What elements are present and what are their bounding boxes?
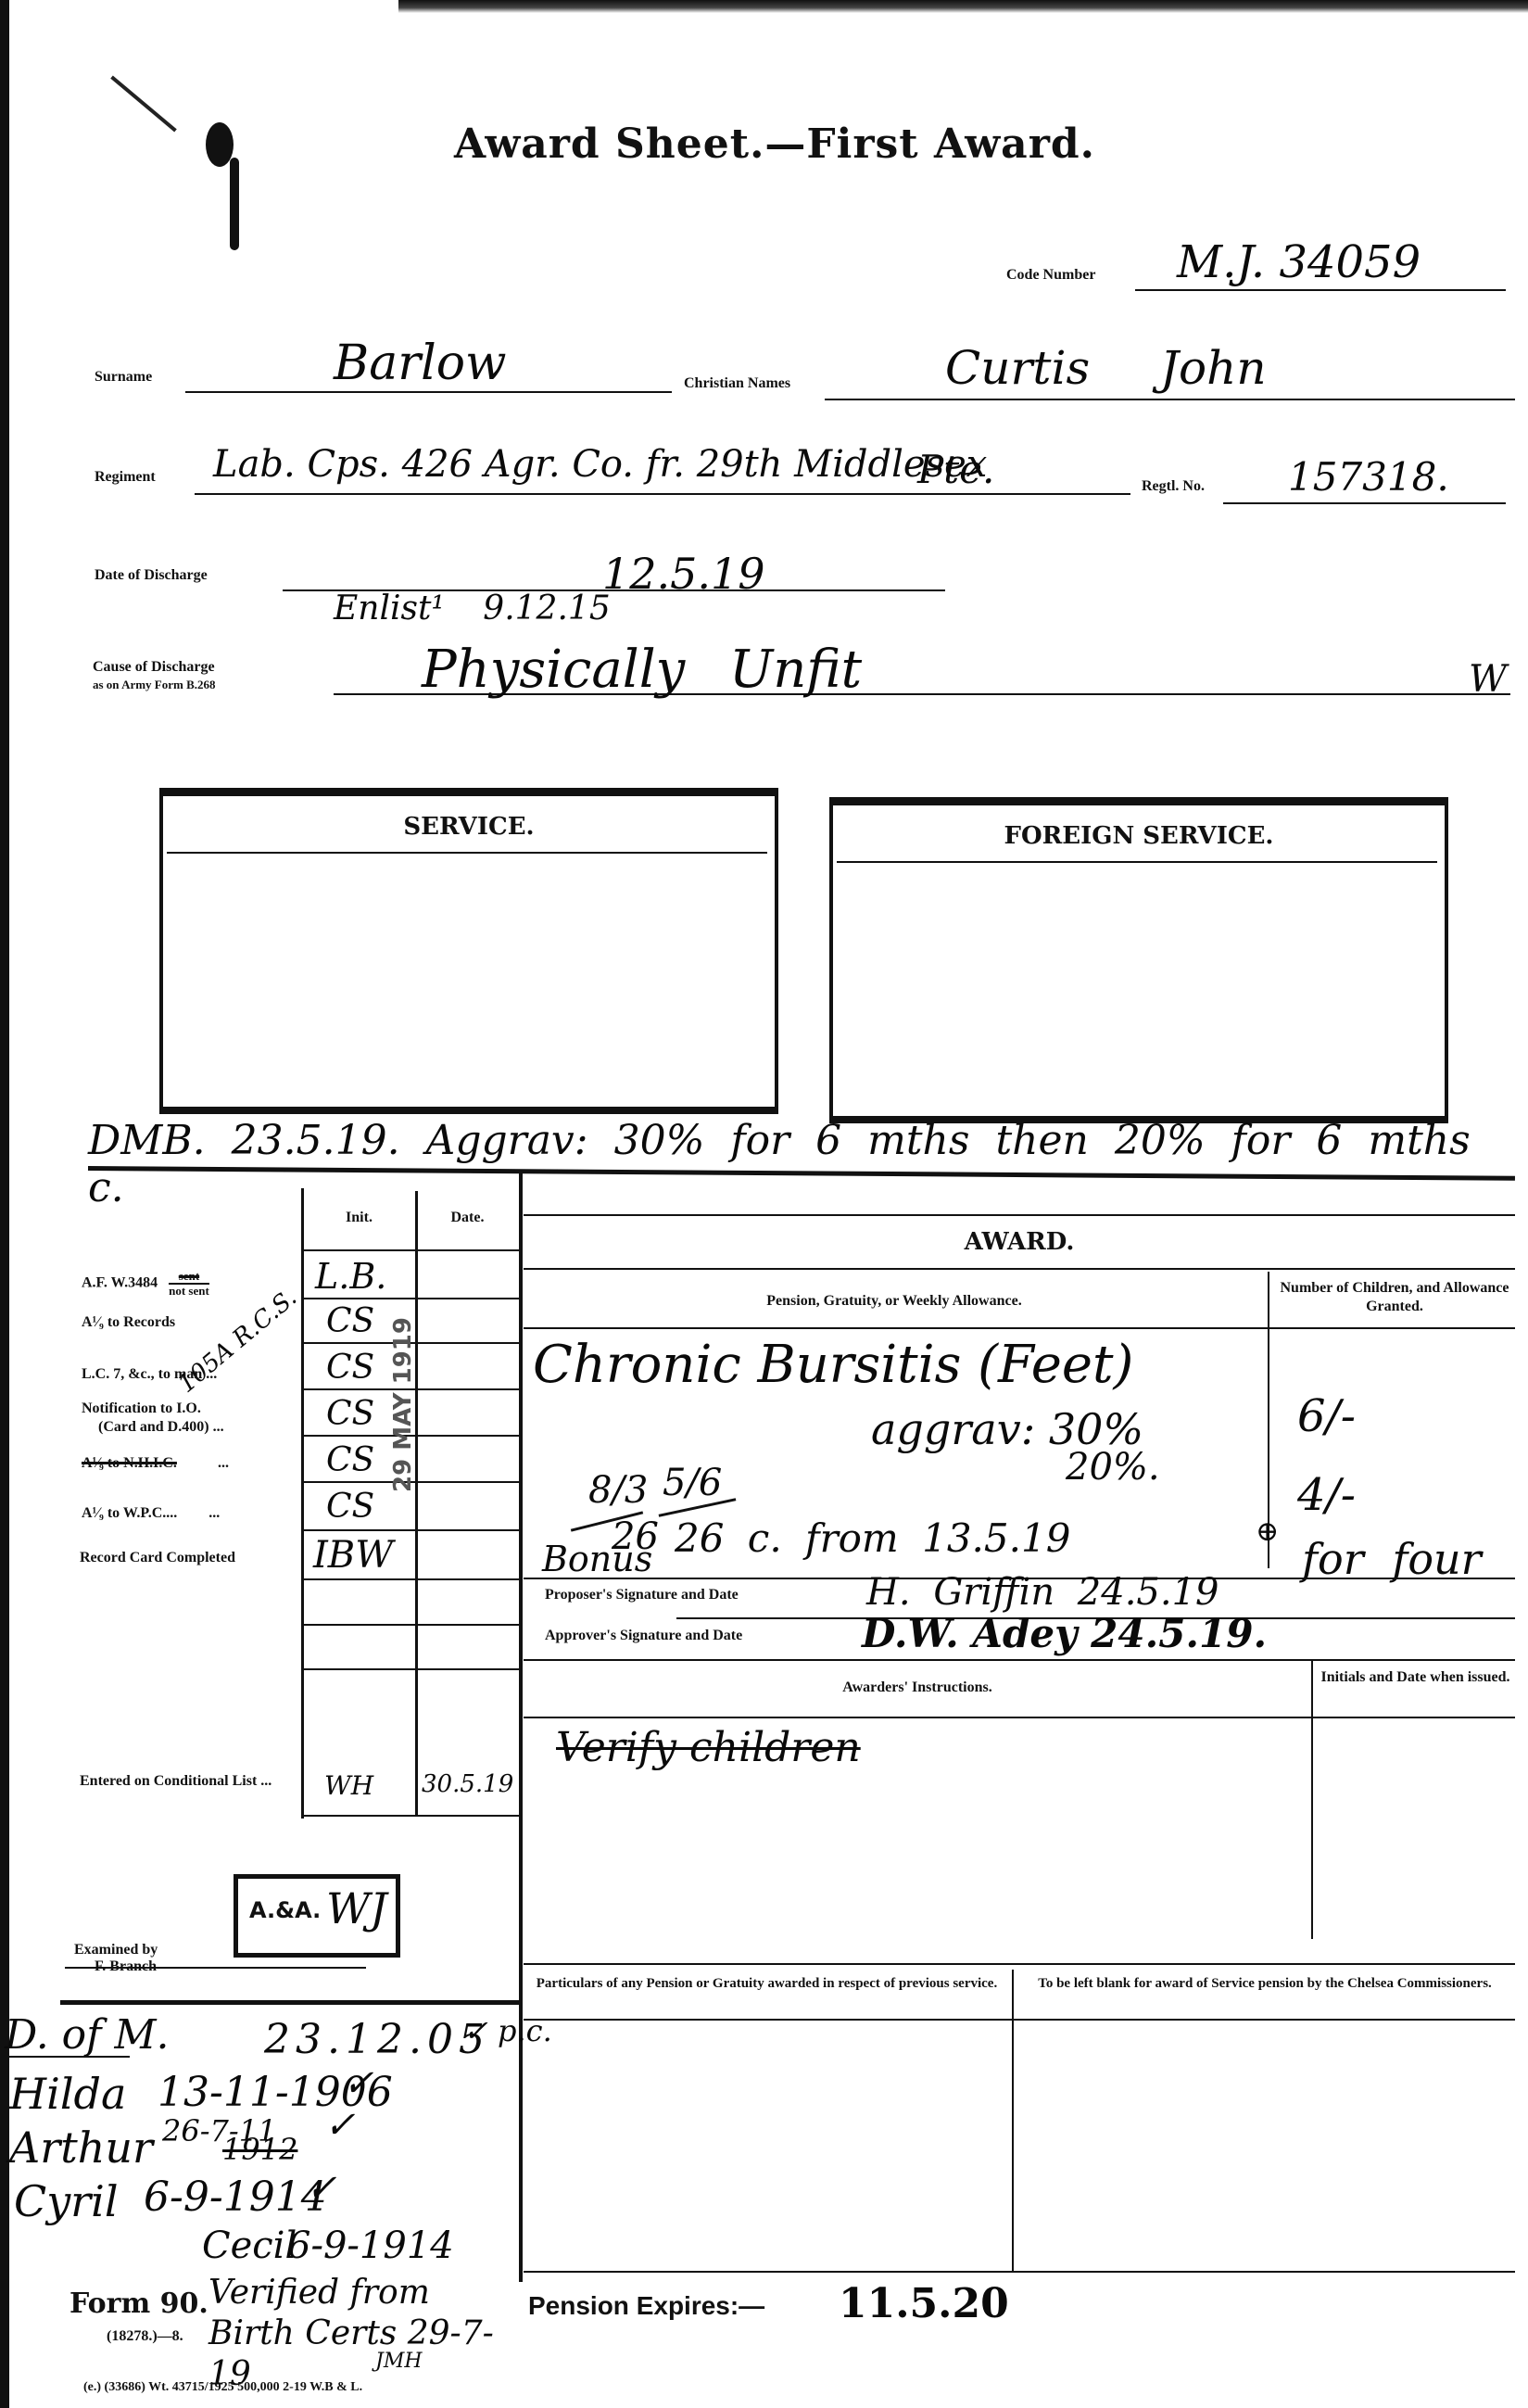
cause-of-discharge-label-block: Cause of Discharge as on Army Form B.268: [93, 658, 216, 693]
init-entry: CS: [326, 1488, 374, 1526]
code-number-line: [1135, 289, 1506, 291]
approver-line: [524, 1659, 1515, 1661]
children-column-header: Number of Children, and Allowance Grante…: [1274, 1279, 1515, 1316]
regtl-no-value: 157318.: [1288, 454, 1449, 500]
checklist-row-label: Record Card Completed: [80, 1550, 235, 1566]
children-allowance-1: 6/-: [1297, 1390, 1356, 1442]
aa-stamp: A.&A. WJ: [234, 1874, 400, 1958]
cause-margin-mark: W: [1469, 658, 1507, 701]
foreign-service-title: FOREIGN SERVICE.: [833, 822, 1445, 850]
row-line: [303, 1815, 519, 1817]
award-title: AWARD.: [524, 1228, 1515, 1256]
print-line: (e.) (33686) Wt. 43715/1925 500,000 2-19…: [83, 2380, 362, 2395]
proposer-signature: H. Griffin 24.5.19: [866, 1571, 1219, 1614]
row-line: [303, 1298, 519, 1299]
checklist-header-line: [303, 1249, 519, 1251]
checklist-row-label: Notification to I.O. (Card and D.400) ..…: [82, 1400, 224, 1437]
ink-mark: [110, 76, 177, 133]
award-top-line: [524, 1214, 1515, 1216]
service-header-line: [167, 852, 767, 854]
date-stamp: 29 MAY 1919: [389, 1317, 417, 1492]
child-name: Arthur: [9, 2123, 153, 2173]
proposer-label: Proposer's Signature and Date: [545, 1587, 739, 1603]
examined-by-label: Examined by F. Branch: [74, 1942, 158, 1975]
assessment-note: DMB. 23.5.19. Aggrav: 30% for 6 mths the…: [88, 1117, 1528, 1211]
init-entry: WH: [324, 1770, 373, 1801]
regiment-label: Regiment: [95, 469, 156, 486]
ink-blot: [230, 158, 239, 250]
checklist-row-label: L.C. 7, &c., to man ...: [82, 1366, 217, 1383]
checklist-label-text: Entered on Conditional List ...: [80, 1773, 272, 1789]
aa-stamp-text: A.&A.: [249, 1897, 321, 1923]
marriage-label: D. of M.: [5, 2011, 169, 2059]
circle-cross-mark: ⊕: [1256, 1515, 1279, 1548]
regiment-value: Lab. Cps. 426 Agr. Co. fr. 29th Middlese…: [213, 443, 987, 486]
surname-value: Barlow: [334, 336, 507, 391]
child-check: ✓: [343, 2062, 374, 2105]
init-entry: CS: [326, 1302, 374, 1340]
family-top-line: [60, 2000, 519, 2005]
children-allowance-2: 4/-: [1297, 1469, 1356, 1521]
pension-expires-label: Pension Expires:—: [528, 2291, 764, 2321]
row-line: [303, 1624, 519, 1626]
rate-1-top: 8/3: [588, 1469, 648, 1512]
surname-label: Surname: [95, 369, 152, 386]
checklist-left-border: [301, 1188, 304, 1819]
instructions-header-line: [524, 1717, 1515, 1718]
service-box: SERVICE.: [159, 788, 778, 1114]
approver-signature: D.W. Adey 24.5.19.: [862, 1611, 1267, 1656]
main-vertical-divider: [519, 1170, 523, 2282]
checklist-row-label: Entered on Conditional List ...: [80, 1772, 284, 1791]
checklist-col-date: Date.: [419, 1210, 516, 1226]
verification-note: Verified from Birth Certs 29-7-19: [208, 2273, 505, 2395]
sent-struck: sent: [169, 1270, 209, 1285]
child-name: Hilda: [9, 2069, 126, 2119]
leader-dots: ...: [206, 1366, 217, 1382]
cause-of-discharge-sublabel: as on Army Form B.268: [93, 676, 216, 693]
chelsea-header: To be left blank for award of Service pe…: [1019, 1974, 1510, 1993]
enlisted-note: Enlist¹ 9.12.15: [334, 589, 611, 627]
award-header-line: [524, 1327, 1515, 1329]
child-dob: 6-9-1914: [144, 2174, 327, 2221]
leader-dots: ...: [208, 1505, 220, 1521]
pension-expires-value: 11.5.20: [839, 2280, 1009, 2327]
christian-names-label: Christian Names: [684, 375, 790, 392]
code-number-value: M.J. 34059: [1177, 236, 1421, 288]
init-entry: CS: [326, 1395, 374, 1433]
examined-label-1: Examined by: [74, 1942, 158, 1958]
checklist-label-text: L.C. 7, &c., to man: [82, 1366, 202, 1382]
pension-column-header: Pension, Gratuity, or Weekly Allowance.: [528, 1293, 1260, 1310]
init-entry: CS: [326, 1441, 374, 1479]
child-name: Cecil: [202, 2224, 297, 2267]
aa-stamp-initials: WJ: [326, 1883, 387, 1933]
date-of-discharge-label: Date of Discharge: [95, 567, 208, 584]
rate-2-top: 5/6: [663, 1462, 722, 1504]
children-count-note: for four: [1302, 1534, 1482, 1584]
previous-service-header-line: [524, 2019, 1515, 2021]
leader-dots: ...: [218, 1455, 229, 1471]
checklist-label-text: A¹⁄₉ to W.P.C....: [82, 1505, 177, 1521]
instructions-col-divider: [1311, 1661, 1313, 1939]
cause-of-discharge-label: Cause of Discharge: [93, 658, 216, 676]
surname-line: [185, 391, 672, 393]
form-title: Award Sheet.—First Award.: [454, 120, 1095, 168]
rate-2-bottom: 26 c. from 13.5.19: [675, 1515, 1070, 1561]
child-check: ✓: [324, 2104, 356, 2147]
foreign-service-box: FOREIGN SERVICE.: [829, 797, 1448, 1123]
checklist-label-sub: (Card and D.400) ...: [82, 1418, 224, 1437]
scan-edge: [398, 0, 1528, 13]
verification-initials: JMH: [375, 2350, 423, 2373]
child-check: ✓: [306, 2167, 337, 2210]
checklist-row-label: A¹⁄₉ to W.P.C.... ...: [82, 1505, 220, 1522]
marriage-underline: [0, 2056, 130, 2058]
regtl-no-line: [1223, 502, 1506, 504]
diagnosis: Chronic Bursitis (Feet): [533, 1335, 1133, 1395]
form-code: (18278.)—8.: [107, 2328, 183, 2345]
row-line: [303, 1529, 519, 1531]
checklist-row-label: A.F. W.3484 sent not sent: [82, 1270, 209, 1298]
row-line: [303, 1578, 519, 1580]
regtl-no-label: Regtl. No.: [1142, 478, 1205, 495]
christian-names-value: Curtis John: [945, 341, 1267, 395]
code-number-label: Code Number: [1006, 267, 1095, 284]
approver-label: Approver's Signature and Date: [545, 1628, 742, 1644]
initials-issued-label: Initials and Date when issued.: [1316, 1668, 1515, 1687]
award-title-line: [524, 1268, 1515, 1270]
row-line: [303, 1668, 519, 1670]
regiment-line: [195, 493, 1130, 495]
child-dob: 6-9-1914: [287, 2224, 454, 2267]
checklist-label-text: A.F. W.3484: [82, 1275, 158, 1291]
date-entry: 30.5.19: [422, 1770, 513, 1798]
checklist-col-init: Init.: [306, 1210, 412, 1226]
checklist-row-label: A¹⁄₉ to N.H.I.C. ...: [82, 1455, 229, 1472]
child-dob-struck: 1912: [222, 2132, 297, 2167]
date-of-discharge-value: 12.5.19: [602, 549, 765, 599]
checklist-label-text: Notification to I.O.: [82, 1400, 224, 1418]
form-number: Form 90.: [69, 2288, 208, 2320]
service-title: SERVICE.: [163, 813, 775, 841]
marriage-mark: ✓ p.c.: [463, 2013, 552, 2048]
child-name: Cyril: [14, 2176, 119, 2226]
init-entry: CS: [326, 1349, 374, 1387]
bonus-label: Bonus: [542, 1539, 652, 1579]
previous-service-bottom-line: [524, 2271, 1515, 2273]
previous-service-top-line: [524, 1963, 1515, 1965]
particulars-header: Particulars of any Pension or Gratuity a…: [528, 1974, 1005, 1993]
checklist-label-text: A¹⁄₉ to N.H.I.C.: [82, 1455, 177, 1471]
sent-fraction: sent not sent: [169, 1270, 209, 1298]
init-entry: L.B.: [315, 1256, 386, 1297]
foreign-service-header-line: [837, 861, 1437, 863]
rank-value: Pte.: [917, 447, 994, 492]
christian-names-line: [825, 399, 1515, 400]
previous-service-divider: [1012, 1970, 1014, 2271]
marriage-date: 23.12.05: [264, 2016, 490, 2063]
aggravation-line-2: 20%.: [1066, 1446, 1160, 1489]
cause-of-discharge-value: Physically Unfit: [422, 640, 862, 700]
awarders-instructions-label: Awarders' Instructions.: [528, 1679, 1307, 1696]
checklist-row-label: A¹⁄₉ to Records: [82, 1314, 175, 1331]
awarders-instructions-value: Verify children: [556, 1724, 861, 1771]
checklist-col-divider: [415, 1191, 418, 1817]
examined-line: [65, 1967, 366, 1969]
init-entry: IBW: [313, 1534, 393, 1577]
not-sent: not sent: [169, 1285, 209, 1298]
